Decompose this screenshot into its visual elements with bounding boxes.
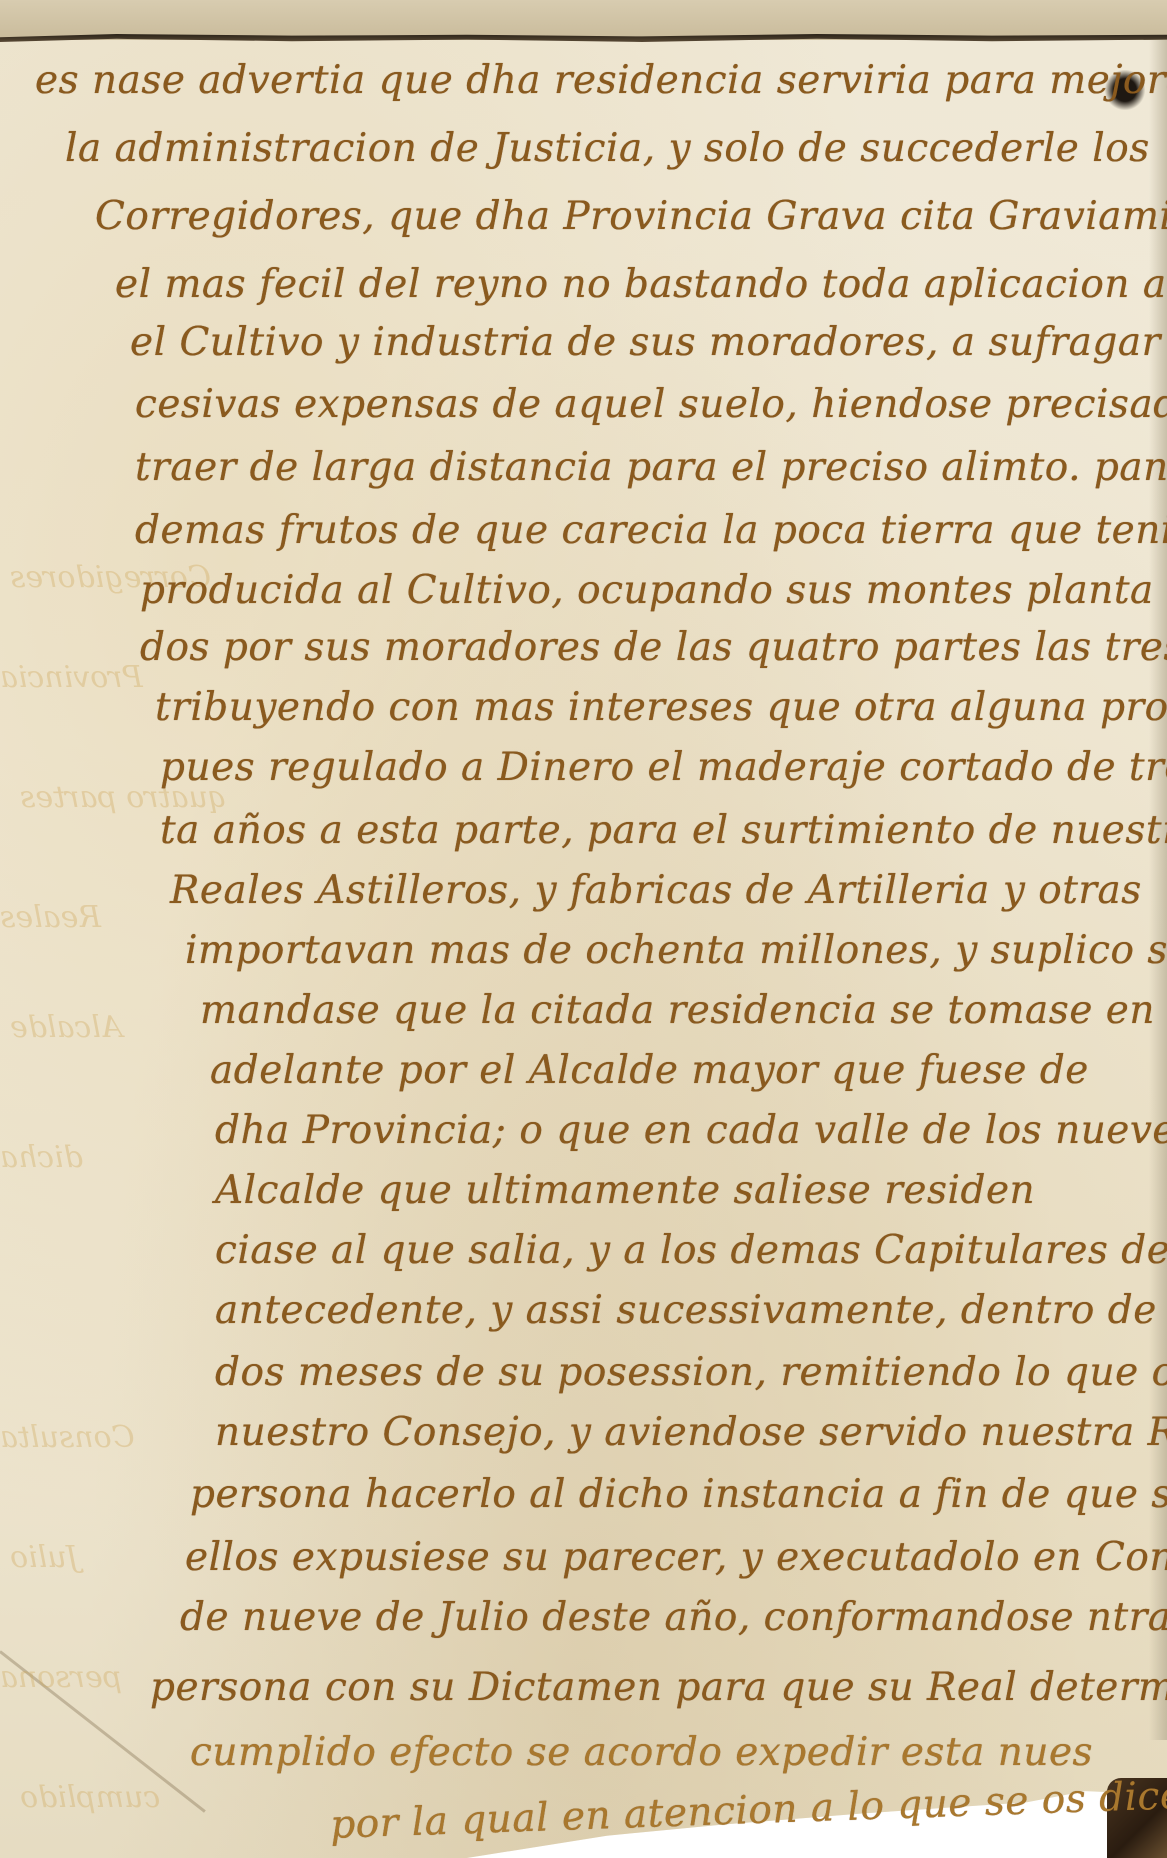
text-line: persona con su Dictamen para que su Real… [150, 1665, 1167, 1710]
text-line: nuestro Consejo, y aviendose servido nue… [215, 1410, 1167, 1455]
text-line: el Cultivo y industria de sus moradores,… [130, 320, 1167, 365]
text-line: producida al Cultivo, ocupando sus monte… [140, 568, 1154, 613]
text-line: de nueve de Julio deste año, conformando… [180, 1595, 1167, 1640]
text-line: la administracion de Justicia, y solo de… [65, 126, 1150, 171]
text-line: dos meses de su posession, remitiendo lo… [215, 1350, 1167, 1395]
text-line: ellos expusiese su parecer, y executadol… [185, 1535, 1167, 1580]
text-line: mandase que la citada residencia se toma… [200, 988, 1155, 1033]
text-line: Corregidores, que dha Provincia Grava ci… [95, 194, 1167, 239]
manuscript-text: es nase advertia que dha residencia serv… [0, 0, 1167, 1858]
text-line: persona hacerlo al dicho instancia a fin… [190, 1472, 1167, 1517]
text-line: cesivas expensas de aquel suelo, hiendos… [135, 382, 1167, 427]
text-line: dha Provincia; o que en cada valle de lo… [215, 1108, 1167, 1153]
text-line: cumplido efecto se acordo expedir esta n… [190, 1730, 1093, 1775]
text-line: antecedente, y assi sucessivamente, dent… [215, 1288, 1167, 1333]
text-line: adelante por el Alcalde mayor que fuese … [210, 1048, 1089, 1093]
text-line: pues regulado a Dinero el maderaje corta… [160, 745, 1167, 790]
text-line: tribuyendo con mas intereses que otra al… [155, 685, 1167, 730]
text-line: es nase advertia que dha residencia serv… [35, 58, 1167, 103]
text-line: Reales Astilleros, y fabricas de Artille… [170, 868, 1142, 913]
text-line: ta años a esta parte, para el surtimient… [160, 808, 1167, 853]
text-line: el mas fecil del reyno no bastando toda … [115, 262, 1167, 307]
text-line: ciase al que salia, y a los demas Capitu… [215, 1228, 1167, 1273]
text-line: traer de larga distancia para el preciso… [135, 445, 1167, 490]
text-line: por la qual en atencion a lo que se os d… [329, 1773, 1167, 1848]
text-line: Alcalde que ultimamente saliese residen [215, 1168, 1035, 1213]
text-line: dos por sus moradores de las quatro part… [140, 625, 1167, 670]
text-line: importavan mas de ochenta millones, y su… [185, 928, 1167, 973]
text-line: demas frutos de que carecia la poca tier… [135, 508, 1167, 553]
